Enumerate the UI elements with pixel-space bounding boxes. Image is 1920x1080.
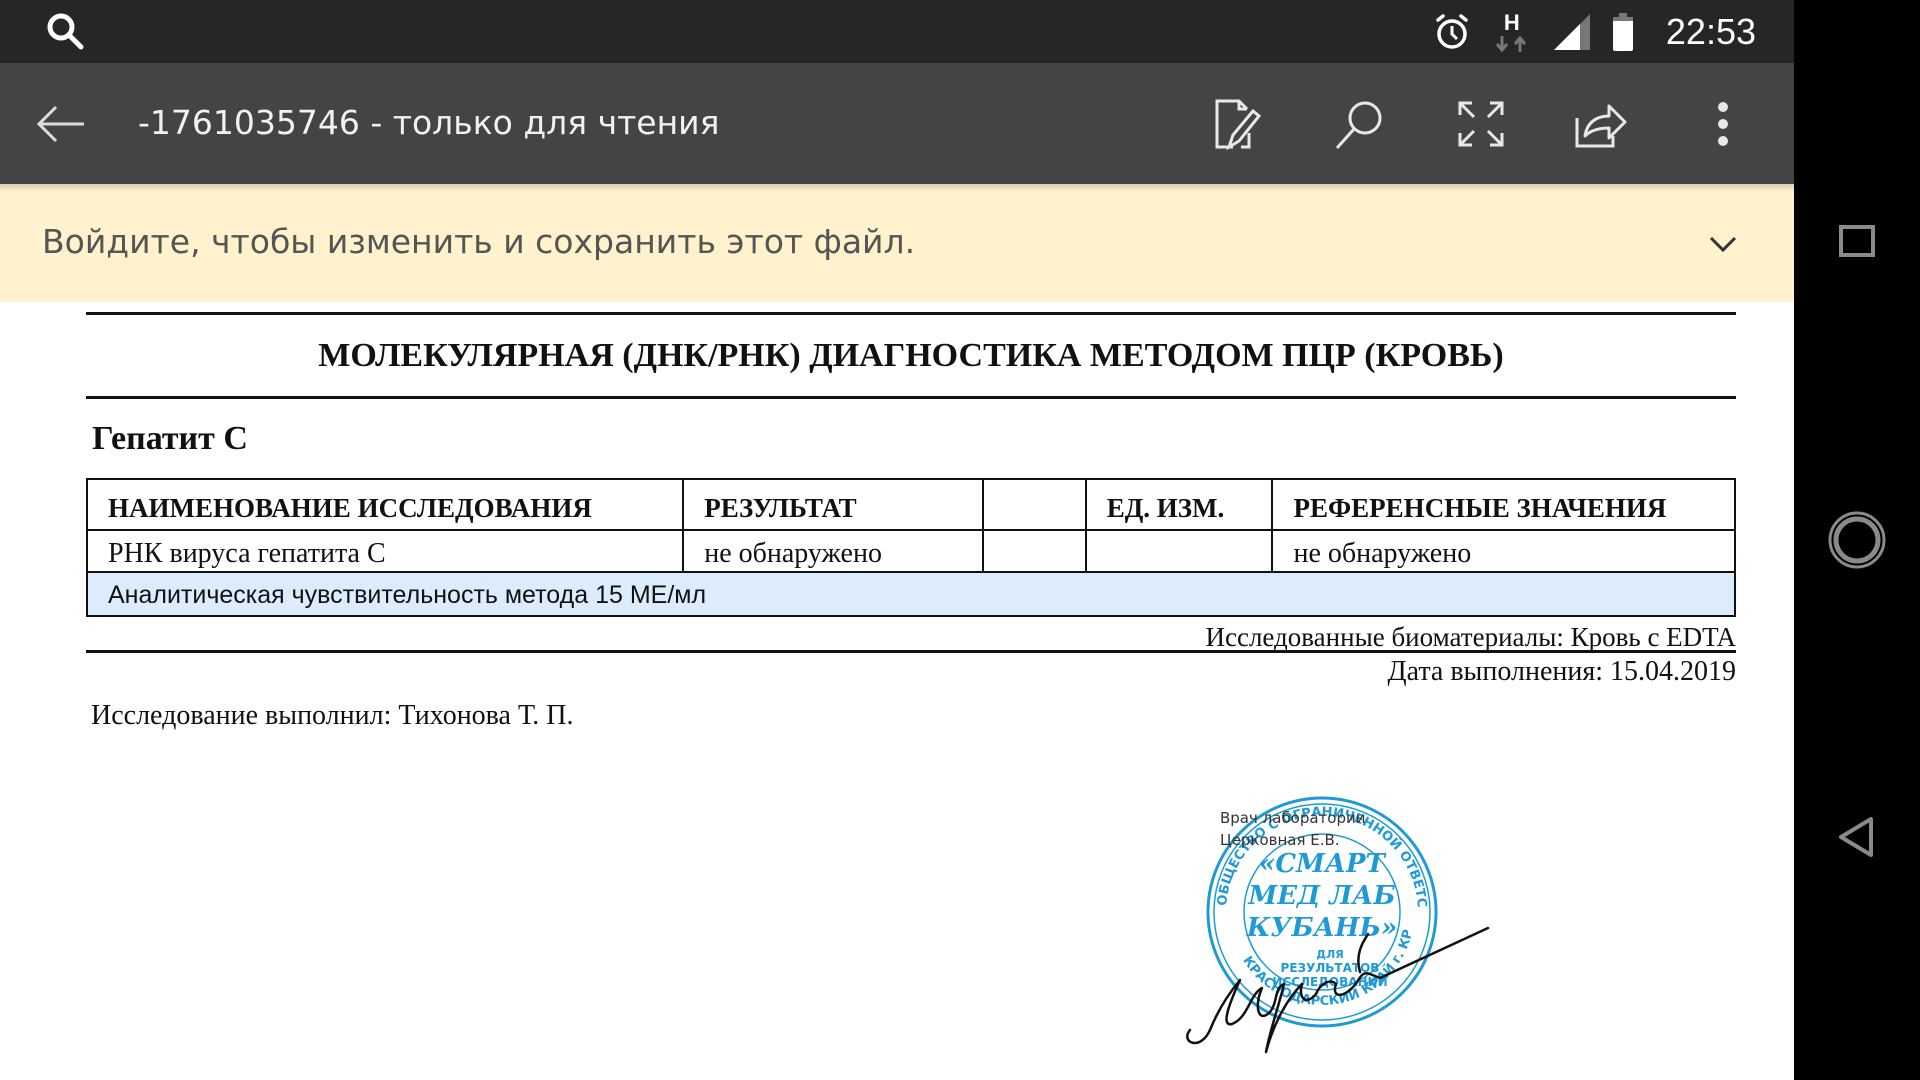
fullscreen-button[interactable] xyxy=(1452,95,1510,153)
search-button[interactable] xyxy=(1330,95,1388,153)
square-icon xyxy=(1837,221,1877,261)
banner-toggle-button[interactable] xyxy=(1703,224,1743,264)
cell-signal-icon xyxy=(1552,12,1592,52)
divider xyxy=(86,312,1736,315)
document-page: МОЛЕКУЛЯРНАЯ (ДНК/РНК) ДИАГНОСТИКА МЕТОД… xyxy=(0,302,1794,1080)
biomaterials-text: Исследованные биоматериалы: Кровь с EDTA xyxy=(1205,622,1736,653)
more-vertical-icon xyxy=(1713,99,1733,149)
recents-button[interactable] xyxy=(1822,206,1892,276)
expand-icon xyxy=(1456,99,1506,149)
triangle-back-icon xyxy=(1837,815,1877,859)
divider xyxy=(86,396,1736,399)
column-header: ЕД. ИЗМ. xyxy=(1086,479,1273,530)
doctor-title: Врач лаборатории xyxy=(1220,807,1366,829)
edit-button[interactable] xyxy=(1210,95,1268,153)
home-button[interactable] xyxy=(1822,505,1892,575)
test-name-cell: РНК вируса гепатита С xyxy=(87,530,683,572)
share-button[interactable] xyxy=(1572,95,1630,153)
results-table: НАИМЕНОВАНИЕ ИССЛЕДОВАНИЯ РЕЗУЛЬТАТ ЕД. … xyxy=(86,478,1736,617)
sensitivity-note: Аналитическая чувствительность метода 15… xyxy=(87,572,1735,616)
share-icon xyxy=(1573,98,1629,150)
column-header: НАИМЕНОВАНИЕ ИССЛЕДОВАНИЯ xyxy=(87,479,683,530)
back-nav-button[interactable] xyxy=(1822,802,1892,872)
svg-text:ДЛЯ: ДЛЯ xyxy=(1316,948,1343,961)
back-button[interactable] xyxy=(34,99,88,149)
alarm-clock-icon xyxy=(1432,12,1472,52)
column-header: РЕФЕРЕНСНЫЕ ЗНАЧЕНИЯ xyxy=(1272,479,1735,530)
svg-text:КУБАНЬ»: КУБАНЬ» xyxy=(1246,913,1397,943)
column-header xyxy=(983,479,1086,530)
table-header-row: НАИМЕНОВАНИЕ ИССЛЕДОВАНИЯ РЕЗУЛЬТАТ ЕД. … xyxy=(87,479,1735,530)
svg-text:«СМАРТ: «СМАРТ xyxy=(1259,849,1386,879)
unit-cell xyxy=(1086,530,1273,572)
battery-icon xyxy=(1612,12,1634,52)
status-bar: H 22:53 xyxy=(0,0,1794,63)
svg-text:МЕД ЛАБ: МЕД ЛАБ xyxy=(1247,881,1395,911)
column-header: РЕЗУЛЬТАТ xyxy=(683,479,983,530)
report-title: МОЛЕКУЛЯРНАЯ (ДНК/РНК) ДИАГНОСТИКА МЕТОД… xyxy=(86,337,1736,375)
result-cell: не обнаружено xyxy=(683,530,983,572)
reference-cell: не обнаружено xyxy=(1272,530,1735,572)
network-type-label: H xyxy=(1504,10,1520,36)
chevron-down-icon xyxy=(1703,224,1743,264)
status-icons: H 22:53 xyxy=(1432,0,1756,63)
doctor-caption: Врач лаборатории Церковная Е.В. xyxy=(1220,807,1366,851)
table-row: РНК вируса гепатита С не обнаружено не о… xyxy=(87,530,1735,572)
app-bar: -1761035746 - только для чтения xyxy=(0,63,1794,184)
banner-message[interactable]: Войдите, чтобы изменить и сохранить этот… xyxy=(42,222,915,261)
search-icon xyxy=(1331,96,1387,152)
table-note-row: Аналитическая чувствительность метода 15… xyxy=(87,572,1735,616)
status-time: 22:53 xyxy=(1666,11,1756,53)
section-title: Гепатит С xyxy=(92,420,248,458)
blank-cell xyxy=(983,530,1086,572)
arrow-left-icon xyxy=(34,99,88,149)
completion-date: Дата выполнения: 15.04.2019 xyxy=(1388,656,1736,688)
performer-text: Исследование выполнил: Тихонова Т. П. xyxy=(91,700,573,732)
system-navigation-bar xyxy=(1794,0,1920,1080)
more-options-button[interactable] xyxy=(1694,95,1752,153)
edit-document-icon xyxy=(1213,97,1265,151)
network-h-data-icon: H xyxy=(1492,10,1532,54)
circle-icon xyxy=(1826,509,1888,571)
divider xyxy=(86,650,1736,653)
doctor-name: Церковная Е.В. xyxy=(1220,829,1366,851)
document-title: -1761035746 - только для чтения xyxy=(138,103,719,142)
sign-in-banner[interactable]: Войдите, чтобы изменить и сохранить этот… xyxy=(0,184,1794,302)
search-icon[interactable] xyxy=(44,10,88,54)
signature-stamp: Врач лаборатории Церковная Е.В. ОБЩЕСТВО… xyxy=(1170,762,1500,1072)
